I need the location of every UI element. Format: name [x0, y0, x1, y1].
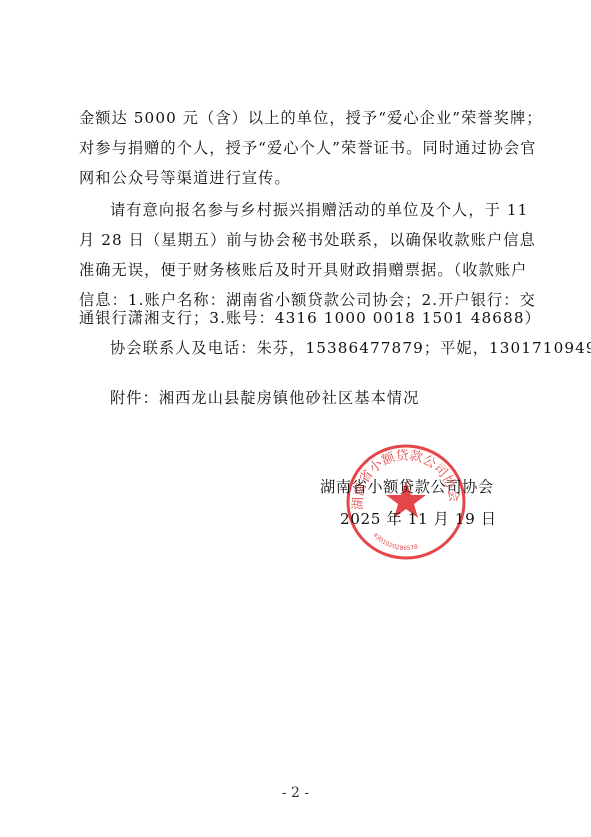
signature-date: 2025 年 11 月 19 日 — [340, 508, 497, 529]
contact-line: 协会联系人及电话：朱芬，15386477879；平妮，13017109496。 — [110, 337, 591, 358]
official-seal-icon: 湖南省小额贷款公司协会 4301020286578 — [345, 443, 467, 561]
body-line-1: 金额达 5000 元（含）以上的单位，授予“爱心企业”荣誉奖牌； — [79, 107, 543, 128]
body-line-6: 准确无误，便于财务核账后及时开具财政捐赠票据。（收款账户 — [79, 259, 527, 280]
body-line-4: 请有意向报名参与乡村振兴捐赠活动的单位及个人，于 11 — [110, 199, 528, 220]
signature-org: 湖南省小额贷款公司协会 — [320, 476, 494, 497]
svg-text:4301020286578: 4301020286578 — [372, 532, 419, 553]
body-line-8: 通银行潇湘支行；3.账号：4316 1000 0018 1501 48688） — [79, 307, 541, 328]
body-line-2: 对参与捐赠的个人，授予“爱心个人”荣誉证书。同时通过协会官 — [79, 137, 537, 158]
body-line-3: 网和公众号等渠道进行宣传。 — [79, 167, 291, 188]
attachment-line: 附件：湘西龙山县靛房镇他砂社区基本情况 — [110, 387, 419, 408]
body-line-5: 月 28 日（星期五）前与协会秘书处联系，以确保收款账户信息 — [79, 229, 536, 250]
page-number: - 2 - — [0, 785, 591, 801]
